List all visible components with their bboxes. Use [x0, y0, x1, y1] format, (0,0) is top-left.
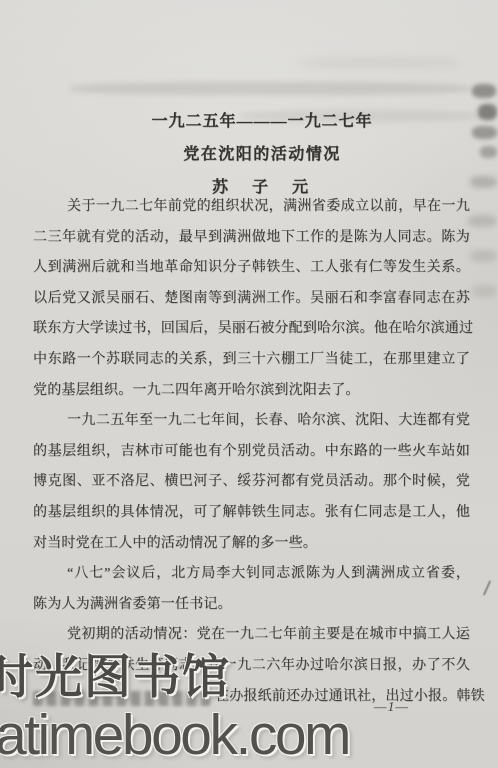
document-title: 党在沈阳的活动情况	[0, 141, 498, 164]
text-line: 中东路一个苏联同志的关系，到三十六棚工厂当徒工，在那里建立了	[33, 345, 470, 376]
watermark-library-name: 时光图书馆	[0, 653, 231, 700]
pen-slash-mark	[483, 580, 491, 595]
text-line: 关于一九二七年前党的组织状况，满洲省委成立以前，早在一九	[33, 192, 470, 223]
page-edge-ink-blot	[470, 250, 497, 262]
text-line: “八七”会议后，北方局李大钊同志派陈为人到满洲成立省委，	[33, 559, 470, 590]
page-edge-ink-blot	[468, 215, 497, 227]
text-line: 人到满洲后就和当地革命知识分子韩铁生、工人张有仁等发生关系。	[33, 253, 470, 284]
text-line: 联东方大学读过书，回国后，吴丽石被分配到哈尔滨。他在哈尔滨通过	[33, 314, 470, 345]
text-line: 陈为人为满洲省委第一任书记。	[33, 590, 470, 621]
text-line: 以后党又派吴丽石、楚图南等到满洲工作。吴丽石和李富春同志在苏	[33, 284, 470, 315]
text-line: 一九二五年至一九二七年间，长春、哈尔滨、沈阳、大连都有党	[33, 406, 470, 437]
bleedthrough-text-artifact	[70, 82, 470, 95]
text-line: 二三年就有党的活动，最早到满洲做地下工作的是陈为人同志。陈为	[33, 223, 470, 254]
text-line: 党的基层组织。一九二四年离开哈尔滨到沈阳去了。	[33, 376, 470, 407]
scanned-document-page: 一九二五年———一九二七年 党在沈阳的活动情况 苏 子 元 关于一九二七年前党的…	[0, 0, 498, 768]
text-line: 博克图、亚不洛尼、横巴河子、绥芬河都有党员活动。那个时候，党	[33, 467, 470, 498]
page-edge-ink-blot	[472, 285, 497, 297]
text-line: 对当时党在工人中的活动情况了解的多一些。	[33, 529, 470, 560]
page-edge-ink-blot	[472, 84, 496, 98]
bleedthrough-text-artifact	[300, 58, 460, 68]
watermark-site-name: atimebook.com	[0, 707, 349, 764]
document-date-range: 一九二五年———一九二七年	[0, 108, 498, 131]
text-line: 的基层组织，吉林市可能也有个别党员活动。中东路的一些火车站如	[33, 437, 470, 468]
text-line: 党初期的活动情况：党在一九二七年前主要是在城市中搞工人运	[33, 620, 470, 651]
document-body: 关于一九二七年前党的组织状况，满洲省委成立以前，早在一九二三年就有党的活动，最早…	[33, 192, 470, 712]
page-number: —1—	[374, 700, 409, 716]
text-line: 的基层组织的具体情况，可了解韩铁生同志。张有仁同志是工人，他	[33, 498, 470, 529]
